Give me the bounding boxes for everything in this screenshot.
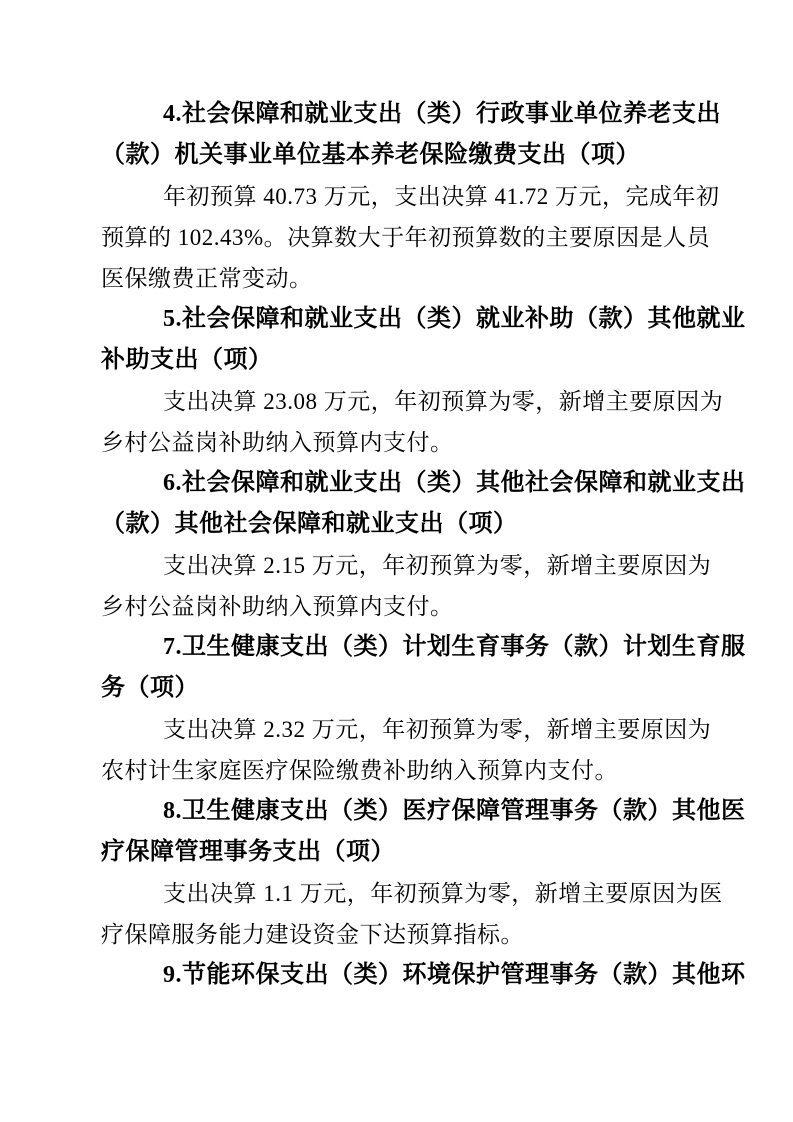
section-body-line: 农村计生家庭医疗保险缴费补助纳入预算内支付。	[101, 750, 701, 791]
section-heading-line: 务（项）	[101, 668, 701, 709]
section-body-line: 年初预算 40.73 万元，支出决算 41.72 万元，完成年初	[101, 176, 701, 217]
section-heading-line: 6.社会保障和就业支出（类）其他社会保障和就业支出	[101, 463, 701, 504]
section-heading-line: 8.卫生健康支出（类）医疗保障管理事务（款）其他医	[101, 791, 701, 832]
section-body-line: 预算的 102.43%。决算数大于年初预算数的主要原因是人员	[101, 217, 701, 258]
section-heading-line: 5.社会保障和就业支出（类）就业补助（款）其他就业	[101, 299, 701, 340]
document-page: 4.社会保障和就业支出（类）行政事业单位养老支出（款）机关事业单位基本养老保险缴…	[0, 0, 793, 1122]
section-heading-line: 7.卫生健康支出（类）计划生育事务（款）计划生育服	[101, 627, 701, 668]
section-heading-line: 4.社会保障和就业支出（类）行政事业单位养老支出	[101, 94, 701, 135]
section-body-line: 医保缴费正常变动。	[101, 258, 701, 299]
section-heading-line: （款）机关事业单位基本养老保险缴费支出（项）	[101, 135, 701, 176]
section-heading-line: 9.节能环保支出（类）环境保护管理事务（款）其他环	[101, 955, 701, 996]
section-body-line: 支出决算 2.15 万元，年初预算为零，新增主要原因为	[101, 545, 701, 586]
section-body-line: 乡村公益岗补助纳入预算内支付。	[101, 422, 701, 463]
document-text-block: 4.社会保障和就业支出（类）行政事业单位养老支出（款）机关事业单位基本养老保险缴…	[101, 94, 701, 996]
section-body-line: 支出决算 2.32 万元，年初预算为零，新增主要原因为	[101, 709, 701, 750]
section-body-line: 支出决算 23.08 万元，年初预算为零，新增主要原因为	[101, 381, 701, 422]
section-body-line: 支出决算 1.1 万元，年初预算为零，新增主要原因为医	[101, 873, 701, 914]
section-heading-line: 疗保障管理事务支出（项）	[101, 832, 701, 873]
section-heading-line: （款）其他社会保障和就业支出（项）	[101, 504, 701, 545]
section-body-line: 疗保障服务能力建设资金下达预算指标。	[101, 914, 701, 955]
section-heading-line: 补助支出（项）	[101, 340, 701, 381]
section-body-line: 乡村公益岗补助纳入预算内支付。	[101, 586, 701, 627]
